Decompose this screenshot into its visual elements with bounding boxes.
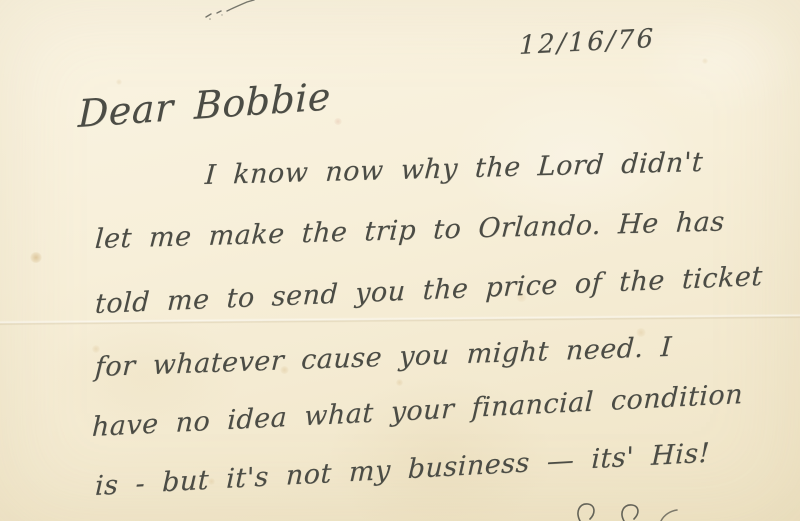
letter-salutation: Dear Bobbie — [78, 74, 332, 136]
letter-body-line-5: have no idea what your financial conditi… — [91, 379, 743, 443]
partial-next-line-strokes — [566, 501, 696, 521]
letter-date: 12/16/76 — [519, 24, 656, 61]
foxing-spot — [702, 58, 708, 64]
letter-paper: 12/16/76 Dear Bobbie I know now why the … — [0, 0, 800, 521]
foxing-spot — [334, 118, 342, 125]
foxing-spot — [116, 79, 122, 85]
letter-body-line-2: let me make the trip to Orlando. He has — [94, 206, 726, 255]
foxing-spot — [30, 252, 42, 263]
letter-body-line-1: I know now why the Lord didn't — [204, 147, 704, 191]
letter-body-line-3: told me to send you the price of the tic… — [94, 261, 763, 320]
letter-body-line-6: is - but it's not my business — its' His… — [94, 438, 710, 502]
pen-scribble-mark — [196, 0, 276, 24]
foxing-spot — [396, 379, 403, 386]
letter-body-line-4: for whatever cause you might need. I — [94, 332, 672, 383]
